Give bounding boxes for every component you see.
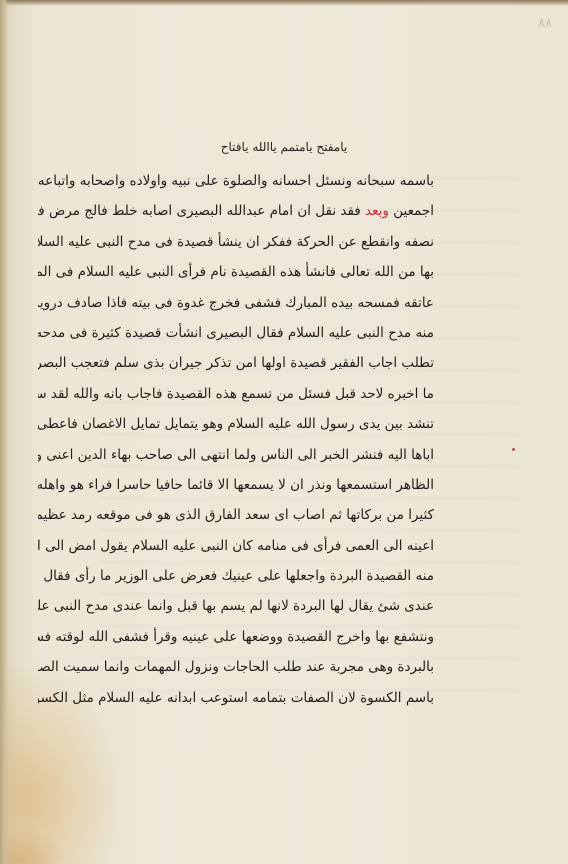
text-line-5: عاتقه فمسحه بيده المبارك فشفى فخرج غدوة … bbox=[38, 288, 434, 318]
ink-speck bbox=[512, 448, 515, 451]
rubric-wa-bad: وبعد bbox=[365, 203, 389, 219]
text-line-6: منه مدح النبى عليه السلام فقال البصيرى ا… bbox=[38, 318, 434, 348]
invocation-header: يامفتح يامتمم ياالله يافتاح bbox=[0, 140, 568, 154]
folio-number: ٨٨ bbox=[538, 16, 552, 31]
main-text-block: باسمه سبحانه ونسئل احسانه والصلوة على نب… bbox=[38, 166, 434, 713]
text-line-4: بها من الله تعالى فانشأ هذه القصيدة نام … bbox=[38, 257, 434, 287]
text-line-9: تنشد بين يدى رسول الله عليه السلام وهو ي… bbox=[38, 409, 434, 439]
text-line-17: بالبردة وهى مجربة عند طلب الحاجات ونزول … bbox=[38, 652, 434, 682]
text-line-8: ما اخبره لاحد قبل فسئل من تسمع هذه القصي… bbox=[38, 379, 434, 409]
text-line-11: الظاهر استسمعها ونذر ان لا يسمعها الا قا… bbox=[38, 470, 434, 500]
text-line-15: عندى شئ يقال لها البردة لانها لم يسم بها… bbox=[38, 591, 434, 621]
page-binding-edge bbox=[0, 0, 8, 864]
text-line-2-end: فقد نقل ان امام عبدالله البصيرى اصابه خل… bbox=[38, 203, 365, 219]
manuscript-page: ٨٨ يامفتح يامتمم ياالله يافتاح باسمه سبح… bbox=[0, 0, 568, 864]
text-line-7: تطلب اجاب الفقير قصيدة اولها امن تذكر جي… bbox=[38, 348, 434, 378]
text-line-2-start: اجمعين bbox=[389, 203, 434, 219]
text-line-13: اعينه الى العمى فرأى فى منامه كان النبى … bbox=[38, 531, 434, 561]
text-line-10: اباها اليه فنشر الخبر الى الناس ولما انت… bbox=[38, 440, 434, 470]
page-top-edge bbox=[0, 0, 568, 6]
text-line-16: ونتشفع بها واخرج القصيدة ووضعها على عيني… bbox=[38, 622, 434, 652]
text-line-3: نصفه وانقطع عن الحركة ففكر ان ينشأ قصيدة… bbox=[38, 227, 434, 257]
text-line-1: باسمه سبحانه ونسئل احسانه والصلوة على نب… bbox=[38, 166, 434, 196]
text-line-14: منه القصيدة البردة واجعلها على عينيك فعر… bbox=[38, 561, 434, 591]
text-line-2: اجمعين وبعد فقد نقل ان امام عبدالله البص… bbox=[38, 196, 434, 226]
text-line-18: باسم الكسوة لان الصفات بتمامه استوعب ابد… bbox=[38, 683, 434, 713]
text-line-12: كثيرا من بركاتها ثم اصاب اى سعد الفارق ا… bbox=[38, 500, 434, 530]
